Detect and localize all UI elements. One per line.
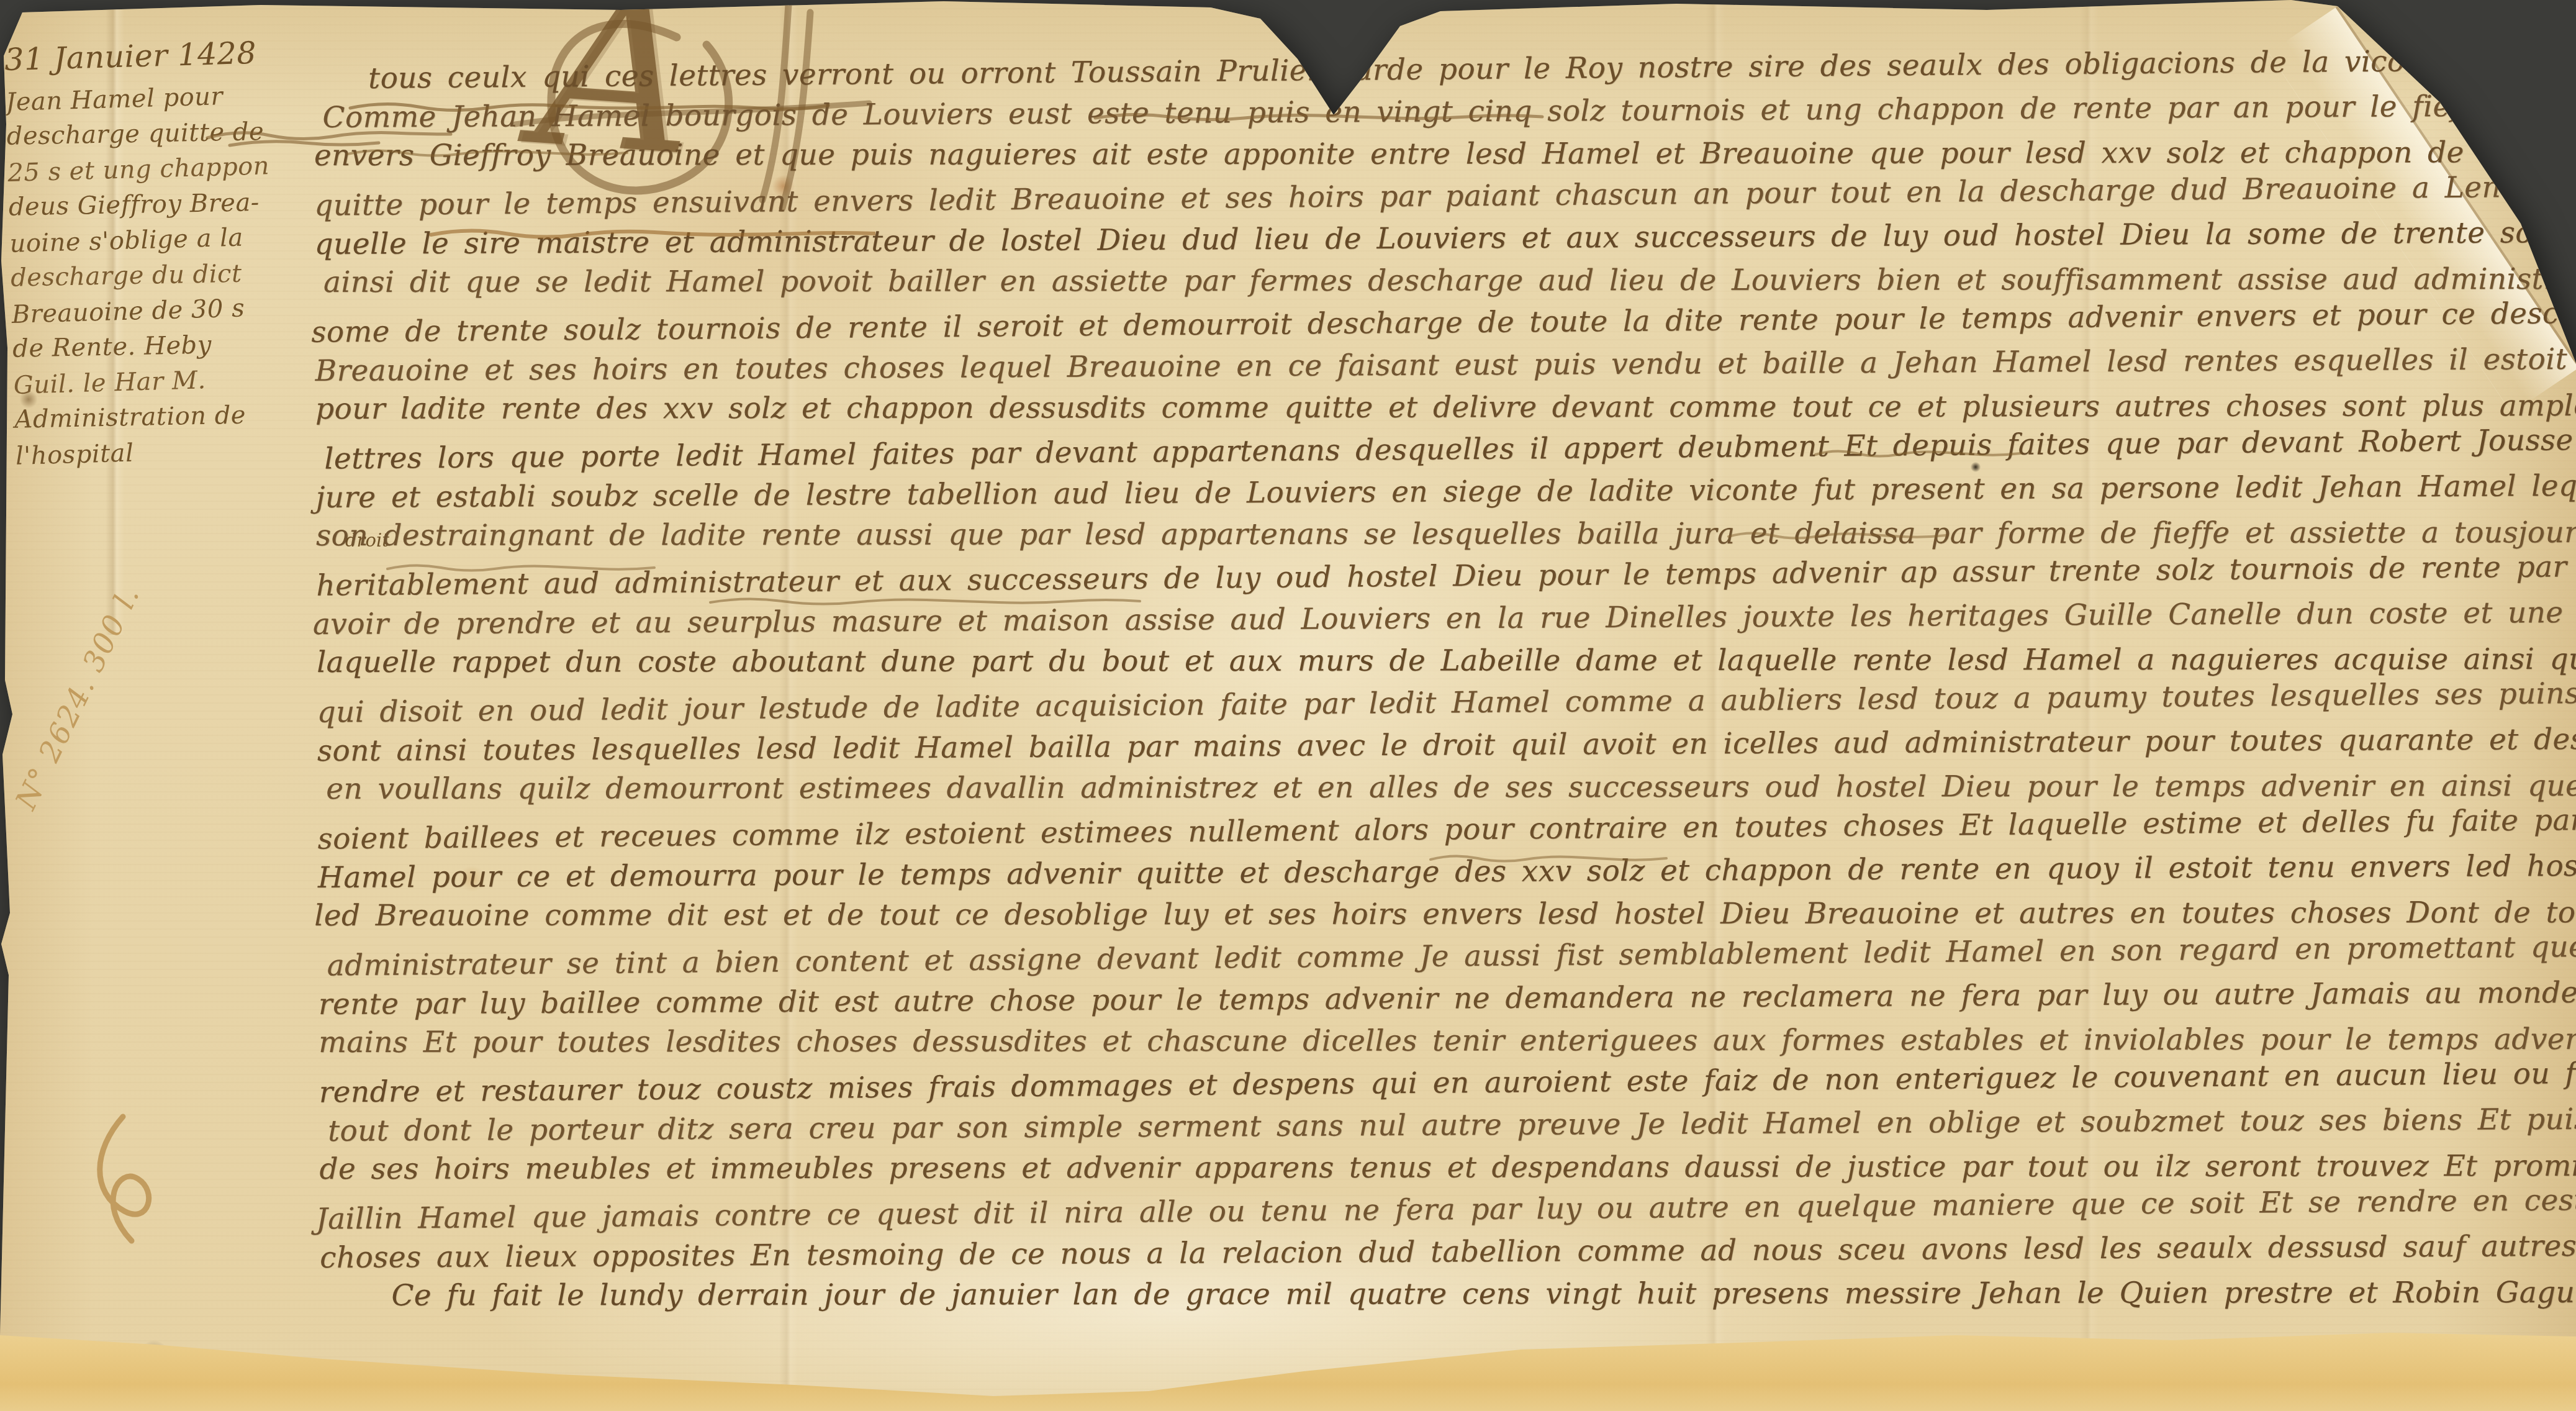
margin-note-line: descharge quitte de — [6, 113, 317, 155]
manuscript-photo: A 31 Januier 1428 Jean Hamel pourdeschar… — [0, 0, 2576, 1411]
margin-note-line: deus Gieffroy Brea- — [8, 184, 319, 225]
charter-text-line: Ce fu fait le lundy derrain jour de janu… — [391, 1272, 2561, 1317]
body-text: tous ceulx qui ces lettres verront ou or… — [314, 43, 2562, 1322]
notary-paraph-icon — [79, 1112, 173, 1248]
margin-note-line: l'hospital — [15, 430, 326, 474]
margin-note-line: descharge du dict — [11, 255, 322, 296]
margin-note-line: Administration de — [14, 396, 325, 438]
parchment-sheet: A 31 Januier 1428 Jean Hamel pourdeschar… — [0, 0, 2576, 1411]
margin-notes: 31 Januier 1428 Jean Hamel pourdescharge… — [4, 27, 327, 474]
margin-date: 31 Januier 1428 — [4, 27, 315, 85]
margin-note-line: de Rente. Heby — [12, 325, 323, 367]
bottom-fold-band — [0, 1322, 2576, 1411]
shelfmark-rotated: N° 2624. 300 l. — [11, 455, 206, 814]
parchment-shadow: A 31 Januier 1428 Jean Hamel pourdeschar… — [0, 0, 2576, 1411]
margin-note-lines: Jean Hamel pourdescharge quitte de25 s e… — [5, 76, 326, 474]
